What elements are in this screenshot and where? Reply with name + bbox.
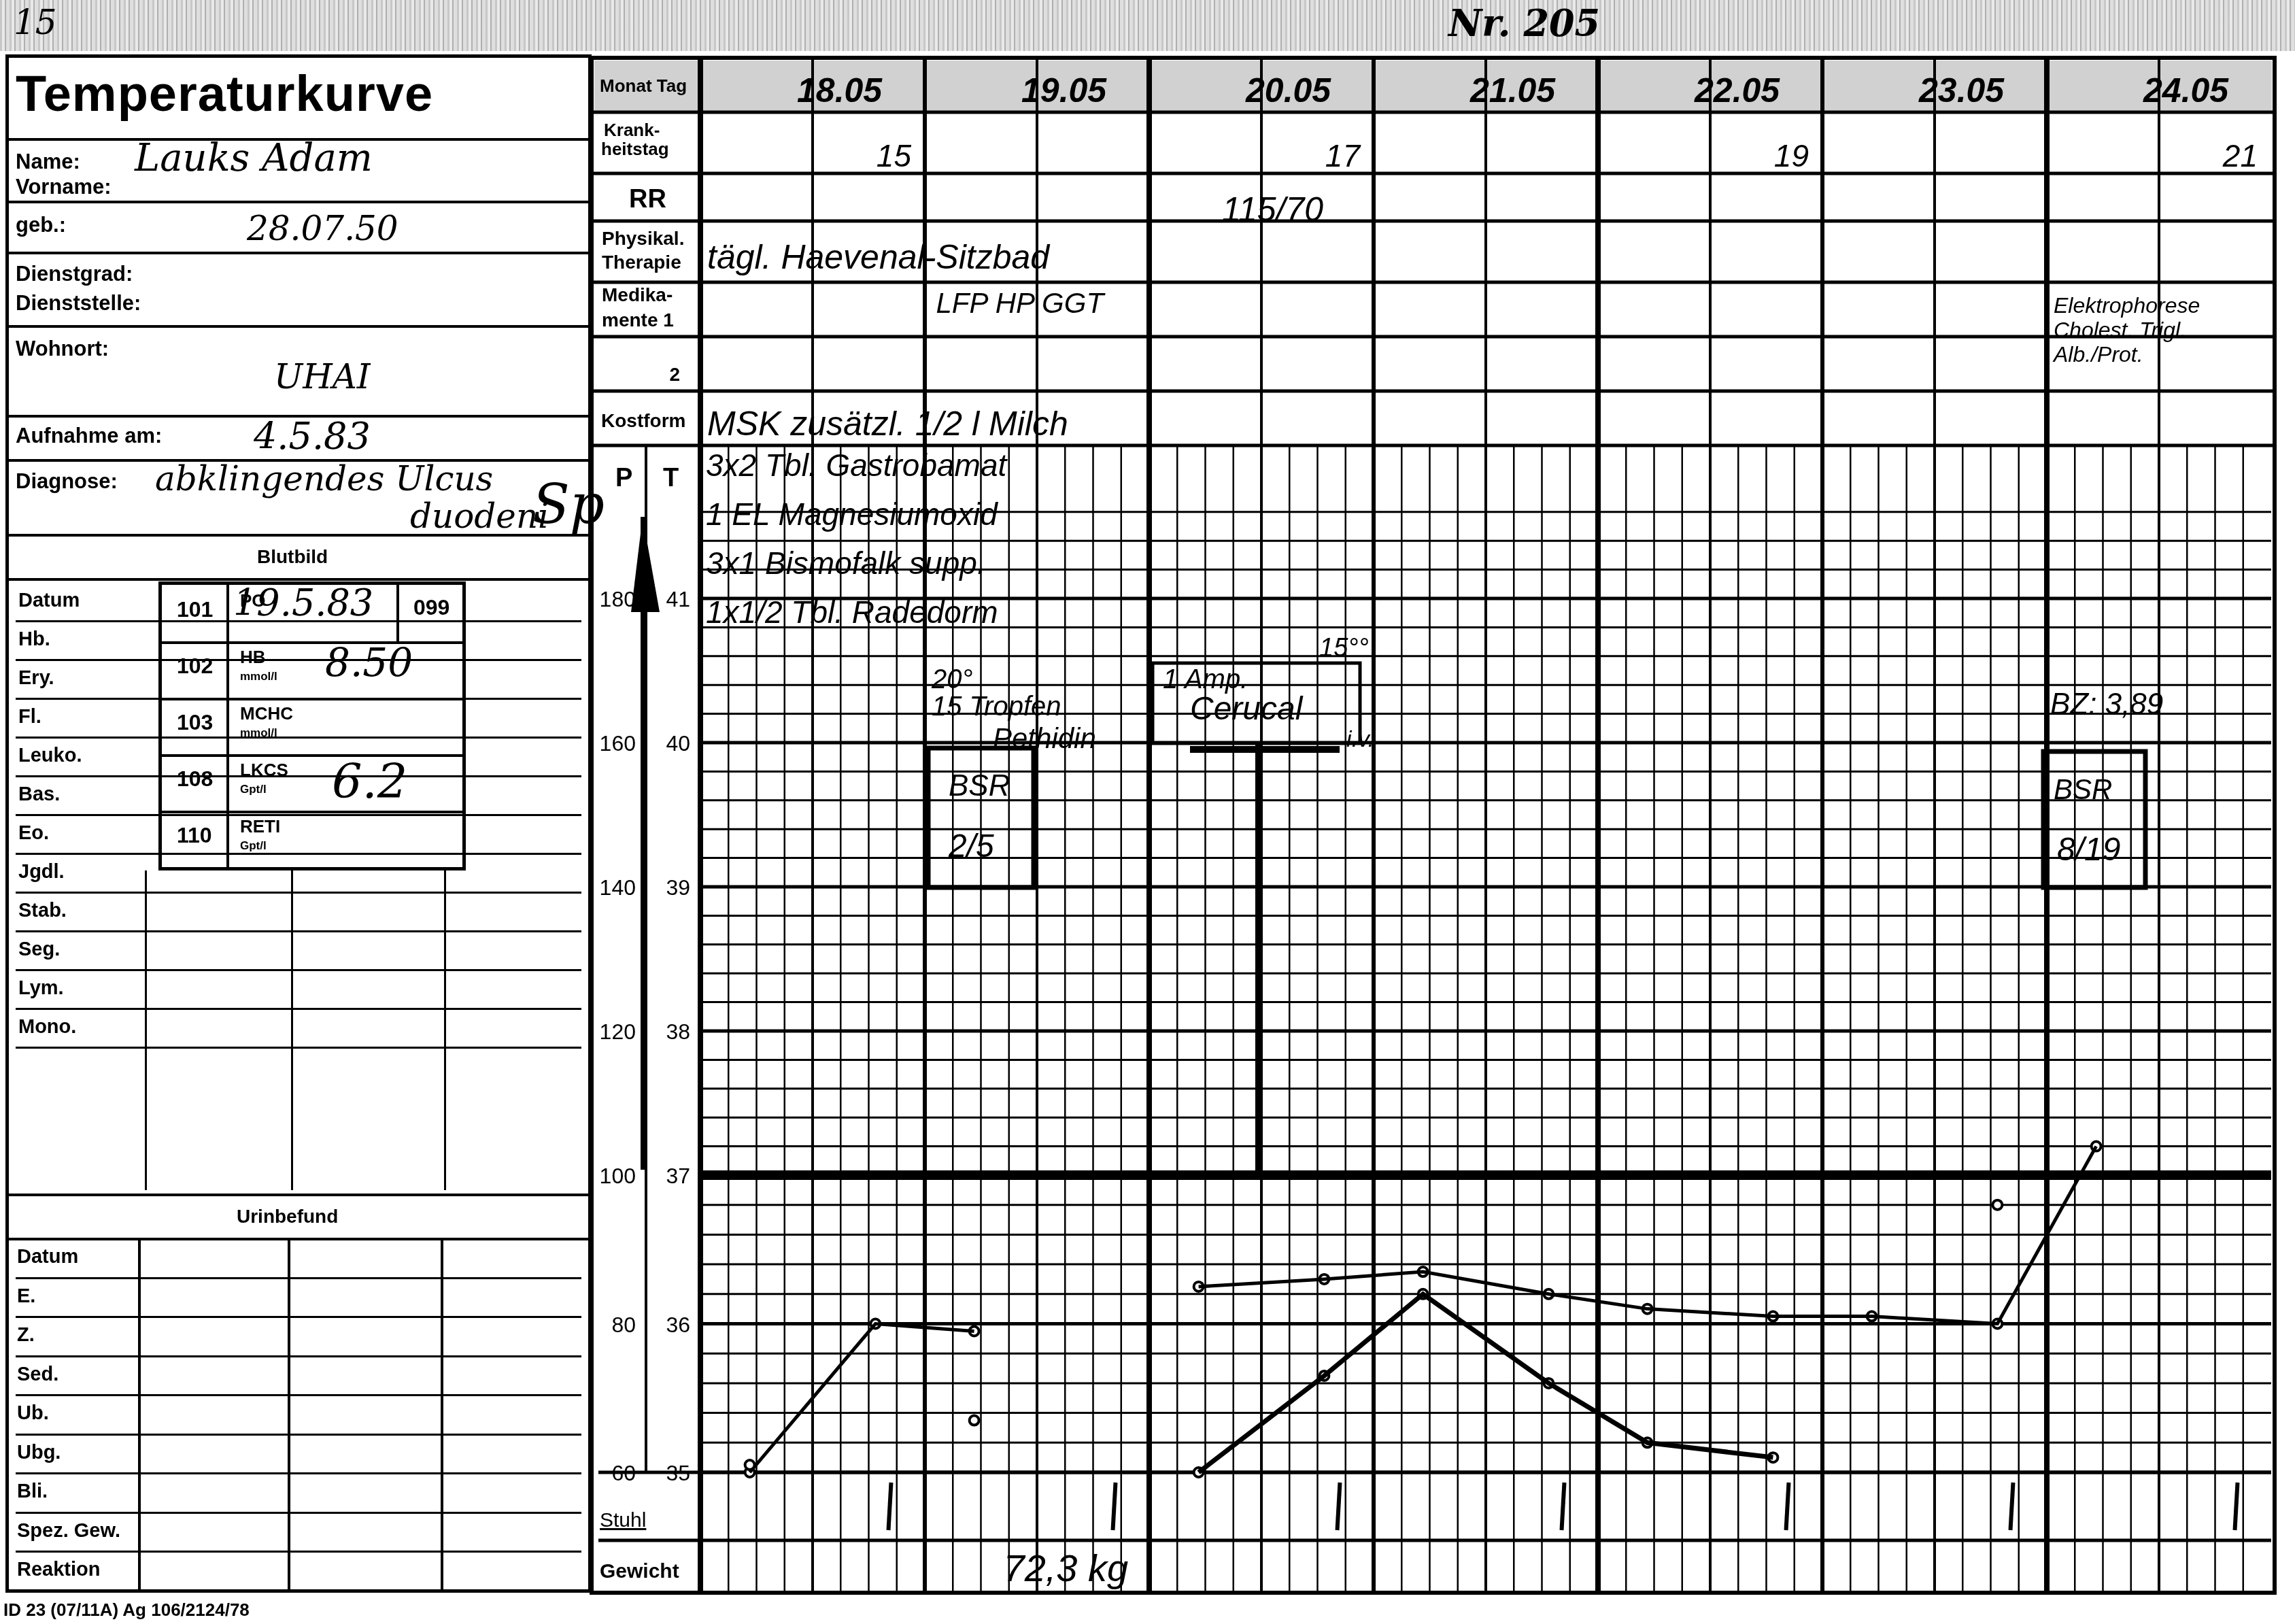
chart-note: Pethidin bbox=[993, 722, 1096, 754]
stuhl-mark bbox=[2235, 1483, 2238, 1530]
pulse-point bbox=[1992, 1200, 2002, 1210]
chart-note: 1 Amp. bbox=[1163, 664, 1248, 694]
day-date: 21.05 bbox=[1469, 71, 1556, 109]
row-label-kostform: Kostform bbox=[601, 410, 685, 431]
p-tick: 100 bbox=[600, 1164, 636, 1188]
physikal-value: tägl. Haevenal-Sitzbad bbox=[707, 238, 1051, 276]
bsr-value: 8/19 bbox=[2057, 832, 2120, 868]
row-label-medikamente-2: 2 bbox=[669, 364, 680, 385]
chart-note: 15°° bbox=[1319, 634, 1369, 662]
kostform-value: MSK zusätzl. 1/2 l Milch bbox=[707, 405, 1068, 443]
chart-med-note: 3x1 Bismofalk supp. bbox=[706, 545, 986, 581]
p-tick: 140 bbox=[600, 875, 636, 900]
chart-med-note: 1x1/2 Tbl. Radedorm bbox=[706, 594, 998, 630]
p-tick: 180 bbox=[600, 587, 636, 611]
t-tick: 38 bbox=[666, 1019, 690, 1044]
t-tick: 35 bbox=[666, 1461, 690, 1485]
gewicht-label: Gewicht bbox=[600, 1560, 679, 1583]
chart-med-note: 3x2 Tbl. Gastrobamat bbox=[706, 447, 1008, 483]
medikamente1-day7-value: Cholest. Trigl. bbox=[2054, 318, 2186, 342]
krankheitstag-value: 15 bbox=[877, 138, 912, 173]
row-label-medikamente-1: Medika- bbox=[602, 284, 673, 305]
chart-grid bbox=[592, 58, 2275, 1593]
t-tick: 37 bbox=[666, 1164, 690, 1188]
temperature-chart: Monat TagKrank-heitstagRRPhysikal.Therap… bbox=[0, 0, 2295, 1624]
stuhl-mark bbox=[1113, 1483, 1116, 1530]
stuhl-label: Stuhl bbox=[600, 1509, 646, 1532]
stuhl-mark bbox=[1338, 1483, 1340, 1530]
krankheitstag-value: 21 bbox=[2222, 138, 2258, 173]
row-label-rr: RR bbox=[629, 185, 666, 214]
stuhl-mark bbox=[1786, 1483, 1789, 1530]
t-tick: 39 bbox=[666, 875, 690, 900]
chart-note: 15 Tropfen bbox=[932, 692, 1061, 722]
chart-note: i.v. bbox=[1346, 726, 1374, 752]
day-date: 23.05 bbox=[1918, 71, 2005, 109]
stuhl-mark bbox=[1562, 1483, 1565, 1530]
stuhl-mark bbox=[2011, 1483, 2013, 1530]
day-date: 19.05 bbox=[1021, 71, 1107, 109]
t-tick: 36 bbox=[666, 1313, 690, 1337]
svg-text:Therapie: Therapie bbox=[602, 252, 681, 273]
p-tick: 80 bbox=[611, 1313, 636, 1337]
svg-text:heitstag: heitstag bbox=[601, 139, 669, 159]
row-label-monat-tag: Monat Tag bbox=[600, 75, 687, 96]
day-date: 22.05 bbox=[1694, 71, 1780, 109]
pulse-point bbox=[745, 1460, 755, 1470]
day-date: 24.05 bbox=[2143, 71, 2229, 109]
t-tick: 41 bbox=[666, 587, 690, 611]
temperature-line bbox=[750, 1324, 974, 1473]
axis-label-p: P bbox=[615, 464, 632, 492]
day-date: 20.05 bbox=[1245, 71, 1331, 109]
chart-note: Cerucal bbox=[1190, 691, 1304, 727]
bsr-note: BSR bbox=[949, 769, 1010, 802]
p-tick: 160 bbox=[600, 731, 636, 756]
row-label-krankheitstag: Krank- bbox=[604, 120, 660, 140]
chart-note: 20° bbox=[931, 664, 973, 694]
row-label-physikal: Physikal. bbox=[602, 228, 684, 249]
p-tick: 120 bbox=[600, 1019, 636, 1044]
krankheitstag-value: 17 bbox=[1325, 138, 1361, 173]
p-tick: 60 bbox=[611, 1461, 636, 1485]
day-date: 18.05 bbox=[797, 71, 883, 109]
krankheitstag-value: 19 bbox=[1774, 138, 1809, 173]
pulse-point bbox=[970, 1416, 979, 1425]
gewicht-value: 72,3 kg bbox=[1004, 1546, 1129, 1589]
rr-value: 115/70 bbox=[1222, 190, 1323, 229]
medikamente1-value: LFP HP GGT bbox=[936, 287, 1106, 319]
medikamente1-day7-value: Alb./Prot. bbox=[2052, 342, 2143, 367]
stuhl-mark bbox=[889, 1483, 891, 1530]
chart-med-note: 1 EL Magnesiumoxid bbox=[706, 496, 998, 532]
t-tick: 40 bbox=[666, 731, 690, 756]
medikamente1-day7-value: Elektrophorese bbox=[2054, 293, 2200, 318]
bsr-value: 2/5 bbox=[948, 828, 994, 864]
bz-value: BZ: 3,89 bbox=[2050, 688, 2163, 721]
bsr-note: BSR bbox=[2054, 773, 2112, 805]
axis-label-t: T bbox=[663, 464, 679, 492]
svg-text:mente 1: mente 1 bbox=[602, 309, 674, 331]
